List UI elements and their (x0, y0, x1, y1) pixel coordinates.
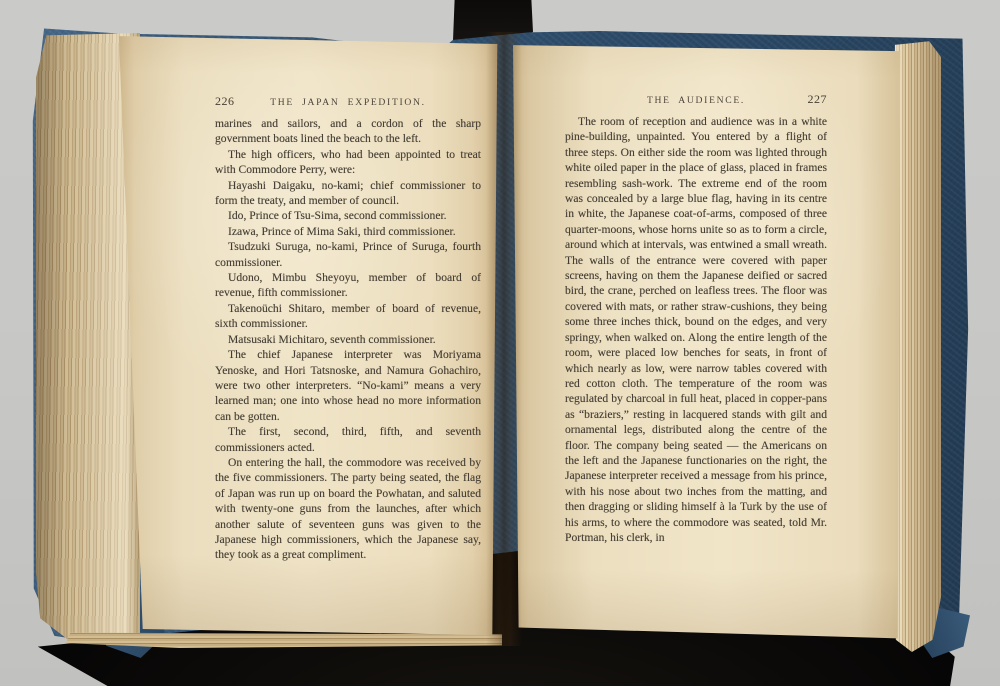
paragraph: The first, second, third, fifth, and sev… (215, 424, 481, 455)
left-page-text: marines and sailors, and a cordon of the… (215, 116, 481, 563)
paragraph: Udono, Mimbu Sheyoyu, member of board of… (215, 270, 481, 301)
paragraph: The high officers, who had been appointe… (215, 147, 481, 178)
paragraph: Ido, Prince of Tsu-Sima, second commissi… (215, 208, 481, 223)
right-page: THE AUDIENCE. 227 The room of reception … (505, 36, 905, 642)
paragraph: Matsusaki Michitaro, seventh commissione… (215, 332, 481, 347)
right-page-header: THE AUDIENCE. 227 (565, 92, 827, 107)
paragraph: The room of reception and audience was i… (565, 114, 827, 545)
right-page-edges (894, 40, 941, 652)
paragraph: Izawa, Prince of Mima Saki, third commis… (215, 224, 481, 239)
left-page-number: 226 (215, 94, 249, 109)
book-photograph: 226 THE JAPAN EXPEDITION. marines and sa… (0, 0, 1000, 686)
left-running-title: THE JAPAN EXPEDITION. (249, 97, 447, 108)
paragraph: marines and sailors, and a cordon of the… (215, 116, 481, 147)
left-page: 226 THE JAPAN EXPEDITION. marines and sa… (115, 30, 500, 640)
paragraph: Hayashi Daigaku, no-kami; chief commissi… (215, 178, 481, 209)
right-running-title: THE AUDIENCE. (599, 95, 793, 106)
paragraph: The chief Japanese interpreter was Moriy… (215, 347, 481, 424)
left-page-header: 226 THE JAPAN EXPEDITION. (215, 94, 481, 109)
book-gutter-shadow (486, 32, 522, 646)
right-page-number: 227 (793, 92, 827, 107)
paragraph: Tsudzuki Suruga, no-kami, Prince of Suru… (215, 239, 481, 270)
paragraph: On entering the hall, the commodore was … (215, 455, 481, 563)
right-page-text: The room of reception and audience was i… (565, 114, 827, 545)
paragraph: Takenoüchi Shitaro, member of board of r… (215, 301, 481, 332)
